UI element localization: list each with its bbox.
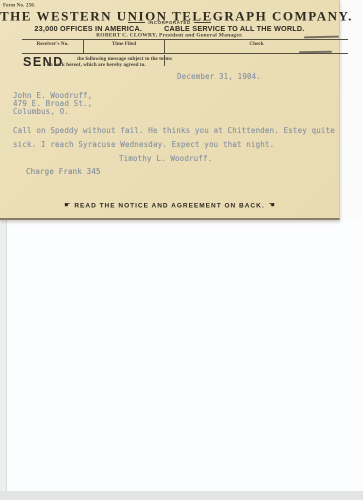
- message-line-2: sick. I reach Syracuse Wednesday. Expect…: [13, 140, 274, 149]
- signature: Timothy L. Woodruff.: [119, 154, 212, 163]
- receivers-no-cell: Receiver's No.: [22, 40, 83, 53]
- telegram-form: Form No. 250. THE WESTERN UNION TELEGRAP…: [0, 0, 340, 220]
- scanned-telegram-image: Form No. 250. THE WESTERN UNION TELEGRAP…: [0, 0, 363, 500]
- left-dash-rule: [128, 22, 145, 23]
- form-number: Form No. 250.: [3, 3, 35, 8]
- terms-line-1: the following message subject to the ter…: [77, 56, 172, 62]
- recipient-city: Columbus, O.: [13, 107, 69, 116]
- message-line-1: Call on Speddy without fail. He thinks y…: [13, 126, 335, 135]
- scan-left-edge: [0, 220, 6, 491]
- receivers-no-header: Receiver's No.: [22, 41, 83, 47]
- pointing-hand-right-icon: ☛: [64, 201, 70, 209]
- terms-line-2: on back hereof, which are hereby agreed …: [47, 62, 146, 68]
- time-filed-header: Time Filed: [84, 41, 164, 47]
- scan-bottom-edge: [0, 491, 363, 500]
- check-header: Check: [165, 41, 348, 47]
- charge-note: Charge Frank 345: [26, 167, 101, 176]
- backing-sheet: [6, 220, 363, 491]
- officer-line: ROBERT C. CLOWRY, President and General …: [0, 32, 339, 38]
- terms-separator-rule: [164, 55, 165, 66]
- pointing-hand-left-icon: ☚: [269, 201, 275, 209]
- time-filed-cell: Time Filed: [83, 40, 164, 53]
- typed-date: December 31, 1904.: [177, 72, 261, 81]
- right-dash-rule: [194, 22, 211, 23]
- notice-banner: ☛ READ THE NOTICE AND AGREEMENT ON BACK.…: [0, 201, 339, 209]
- notice-text: READ THE NOTICE AND AGREEMENT ON BACK.: [74, 201, 264, 209]
